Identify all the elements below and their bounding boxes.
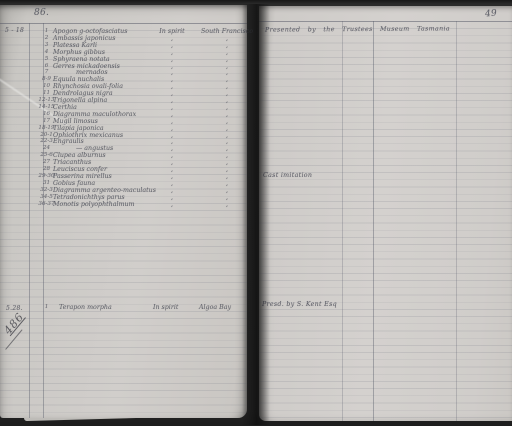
ruled-lines [259,21,512,419]
table-row: 36-37Monotis polyophthalmum,, [0,201,247,208]
spirit-note: In spirit [153,304,178,311]
row-number: 24 [38,145,55,151]
column-rule-line [456,21,457,421]
header-rule-line [0,23,247,24]
column-rule-line [373,21,374,421]
specimen-name: Terapon morpha [59,304,112,311]
header-rule-line [259,21,512,22]
row-number: 1 [38,304,55,310]
scanned-ledger-spread: 86. 5 - 18 1Apogon g-octofasciatusIn spi… [0,0,512,426]
presented-by-note: Presd. by S. Kent Esq [262,301,337,308]
page-number-right: 49 [485,8,498,19]
spirit-ditto-mark: , [155,201,189,208]
row-number: 7 [38,69,55,75]
left-page: 86. 5 - 18 1Apogon g-octofasciatusIn spi… [0,5,247,418]
book-gutter [242,4,270,425]
right-page: 49 Presented by the Trustees Museum Tasm… [259,6,512,421]
locality-note: Algoa Bay [199,304,231,311]
page-number-left: 86. [34,8,49,18]
cast-imitation-note: Cast imitation [263,172,312,179]
column-rule-line [342,21,343,421]
donor-header-note: Presented by the Trustees Museum Tasmani… [265,25,450,33]
table-row: 1 Terapon morpha In spirit Algoa Bay [0,304,247,311]
specimen-name: Monotis polyophthalmum [53,201,135,208]
